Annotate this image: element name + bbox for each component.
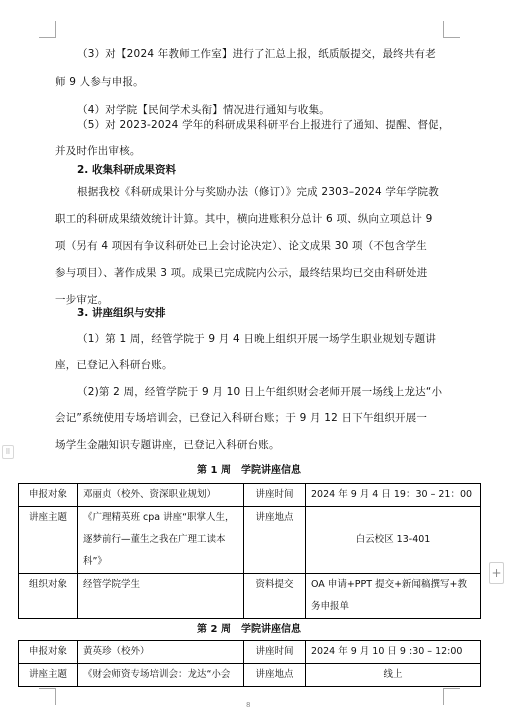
table-row: 讲座主题 《财会师资专场培训会：龙达“小会 讲座地点 线上 <box>19 664 481 687</box>
value-topic[interactable]: 《广理精英班 cpa 讲座“职掌人生，逐梦前行—董生之我在广理工读本科”》 <box>78 507 244 574</box>
table-row: 申报对象 黄英珍（校外） 讲座时间 2024 年 9 月 10 日 9 :30 … <box>19 641 481 664</box>
label-location: 讲座地点 <box>244 664 306 687</box>
section2-line4: 参与项目）、著作成果 3 项。成果已完成院内公示，最终结果均已交由科研处进 <box>55 259 443 287</box>
section2-line1: 根据我校《科研成果计分与奖励办法（修订）》完成 2303–2024 学年学院教 <box>55 178 443 206</box>
value-topic[interactable]: 《财会师资专场培训会：龙达“小会 <box>78 664 244 687</box>
table-row: 讲座主题 《广理精英班 cpa 讲座“职掌人生，逐梦前行—董生之我在广理工读本科… <box>19 507 481 574</box>
lecture-table-week2: 申报对象 黄英珍（校外） 讲座时间 2024 年 9 月 10 日 9 :30 … <box>18 640 481 687</box>
value-materials[interactable]: OA 申请+PPT 提交+新闻稿撰写+教务申报单 <box>306 574 481 619</box>
value-applicant[interactable]: 邓丽贞（校外、资深职业规划） <box>78 484 244 507</box>
paragraph-item-3: （3）对【2024 年教师工作室】进行了汇总上报，纸质版提交，最终共有老 <box>55 40 443 68</box>
section3-item1-line1: （1）第 1 周，经管学院于 9 月 4 日晚上组织开展一场学生职业规划专题讲 <box>55 325 443 353</box>
label-materials: 资料提交 <box>244 574 306 619</box>
page-number: 8 <box>246 701 250 709</box>
value-location[interactable]: 线上 <box>306 664 481 687</box>
label-topic: 讲座主题 <box>19 664 78 687</box>
label-location: 讲座地点 <box>244 507 306 574</box>
lecture-table-week1: 申报对象 邓丽贞（校外、资深职业规划） 讲座时间 2024 年 9 月 4 日 … <box>18 483 481 619</box>
table-row: 组织对象 经管学院学生 资料提交 OA 申请+PPT 提交+新闻稿撰写+教务申报… <box>19 574 481 619</box>
label-time: 讲座时间 <box>244 484 306 507</box>
section2-line3: 项（另有 4 项因有争议科研处已上会讨论决定）、论文成果 30 项（不包含学生 <box>55 232 443 260</box>
value-time[interactable]: 2024 年 9 月 4 日 19：30 – 21：00 <box>306 484 481 507</box>
label-audience: 组织对象 <box>19 574 78 619</box>
value-time[interactable]: 2024 年 9 月 10 日 9 :30 – 12:00 <box>306 641 481 664</box>
value-audience[interactable]: 经管学院学生 <box>78 574 244 619</box>
margin-corner-bottom-right <box>443 688 460 705</box>
value-location[interactable]: 白云校区 13-401 <box>306 507 481 574</box>
section2-line2: 职工的科研成果绩效统计计算。其中，横向进账积分总计 6 项、纵向立项总计 9 <box>55 205 443 233</box>
paragraph-item-5: （5）对 2023-2024 学年的科研成果科研平台上报进行了通知、提醒、督促， <box>55 111 443 139</box>
label-time: 讲座时间 <box>244 641 306 664</box>
margin-corner-top-right <box>443 21 460 38</box>
margin-corner-bottom-left <box>39 688 56 705</box>
section-heading-3: 3. 讲座组织与安排 <box>77 303 165 323</box>
section-heading-2: 2. 收集科研成果资料 <box>77 160 176 180</box>
section3-item2-line3: 场学生金融知识专题讲座，已登记入科研台账。 <box>55 431 443 459</box>
label-applicant: 申报对象 <box>19 484 78 507</box>
section3-item1-line2: 座，已登记入科研台账。 <box>55 351 443 379</box>
table-move-handle-icon[interactable]: ⠿ <box>2 445 14 459</box>
table2-caption: 第 2 周 学院讲座信息 <box>18 622 480 638</box>
section3-item2-line2: 会记”系统使用专场培训会，已登记入科研台账；于 9 月 12 日下午组织开展一 <box>55 404 443 432</box>
paragraph-item-3-cont: 师 9 人参与申报。 <box>55 68 443 96</box>
table1-caption: 第 1 周 学院讲座信息 <box>18 463 480 479</box>
label-topic: 讲座主题 <box>19 507 78 574</box>
margin-corner-top-left <box>39 21 56 38</box>
table-row: 申报对象 邓丽贞（校外、资深职业规划） 讲座时间 2024 年 9 月 4 日 … <box>19 484 481 507</box>
add-row-icon[interactable]: + <box>489 562 504 584</box>
value-applicant[interactable]: 黄英珍（校外） <box>78 641 244 664</box>
label-applicant: 申报对象 <box>19 641 78 664</box>
section3-item2-line1: （2)第 2 周，经管学院于 9 月 10 日上午组织财会老师开展一场线上龙达“… <box>55 378 443 406</box>
